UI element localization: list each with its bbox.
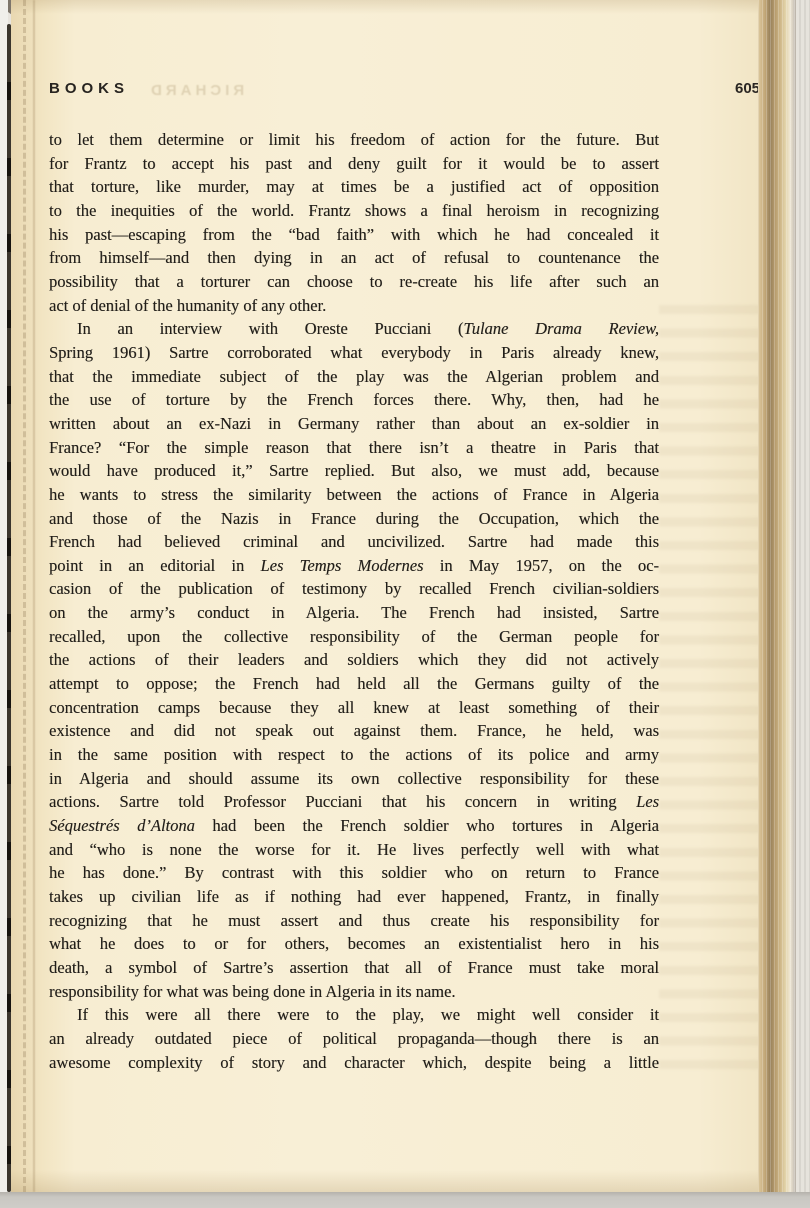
text-line: he has done.” By contrast with this sold… — [49, 861, 659, 885]
binding-crease — [33, 0, 35, 1192]
text-line: to let them determine or limit his freed… — [49, 128, 659, 152]
text-line: from himself—and then dying in an act of… — [49, 246, 659, 270]
page-header: BOOKS RICHARD 605 — [49, 80, 769, 102]
text-line: awesome complexity of story and characte… — [49, 1051, 659, 1075]
text-line: point in an editorial in Les Temps Moder… — [49, 554, 659, 578]
text-line: Séquestrés d’Altona had been the French … — [49, 814, 659, 838]
text-line: French had believed criminal and uncivil… — [49, 530, 659, 554]
text-line: to the inequities of the world. Frantz s… — [49, 199, 659, 223]
text-line: If this were all there were to the play,… — [49, 1003, 659, 1027]
page-number: 605 — [735, 80, 760, 97]
text-line: written about an ex-Nazi in Germany rath… — [49, 412, 659, 436]
text-line: Spring 1961) Sartre corroborated what ev… — [49, 341, 659, 365]
right-margin-showthrough — [659, 305, 767, 1070]
text-line: and those of the Nazis in France during … — [49, 507, 659, 531]
text-line: in Algeria and should assume its own col… — [49, 767, 659, 791]
text-line: on the army’s conduct in Algeria. The Fr… — [49, 601, 659, 625]
text-line: possibility that a torturer can choose t… — [49, 270, 659, 294]
text-line: the actions of their leaders and soldier… — [49, 648, 659, 672]
text-line: an already outdated piece of political p… — [49, 1027, 659, 1051]
text-line: for Frantz to accept his past and deny g… — [49, 152, 659, 176]
text-line: France? “For the simple reason that ther… — [49, 436, 659, 460]
text-line: would have produced it,” Sartre replied.… — [49, 459, 659, 483]
text-line: In an interview with Oreste Pucciani (Tu… — [49, 317, 659, 341]
text-line: act of denial of the humanity of any oth… — [49, 294, 659, 318]
book-page: BOOKS RICHARD 605 to let them determine … — [11, 0, 758, 1192]
showthrough-text: RICHARD — [147, 82, 244, 99]
text-line: in the same position with respect to the… — [49, 743, 659, 767]
text-line: existence and did not speak out against … — [49, 719, 659, 743]
text-block: to let them determine or limit his freed… — [49, 128, 659, 1074]
text-line: concentration camps because they all kne… — [49, 696, 659, 720]
text-line: responsibility for what was being done i… — [49, 980, 659, 1004]
text-line: and “who is none the worse for it. He li… — [49, 838, 659, 862]
binding-stitch-marks — [23, 0, 26, 1192]
text-line: the use of torture by the French forces … — [49, 388, 659, 412]
scan-right-margin — [796, 0, 810, 1208]
text-line: that torture, like murder, may at times … — [49, 175, 659, 199]
running-head-section: BOOKS — [49, 80, 129, 97]
scan-bottom-edge — [0, 1192, 810, 1208]
text-line: casion of the publication of testimony b… — [49, 577, 659, 601]
book-fore-edge-pages — [758, 0, 796, 1196]
text-line: takes up civilian life as if nothing had… — [49, 885, 659, 909]
text-line: that the immediate subject of the play w… — [49, 365, 659, 389]
text-line: death, a symbol of Sartre’s assertion th… — [49, 956, 659, 980]
text-line: he wants to stress the similarity betwee… — [49, 483, 659, 507]
text-line: recalled, upon the collective responsibi… — [49, 625, 659, 649]
text-line: actions. Sartre told Professor Pucciani … — [49, 790, 659, 814]
text-line: what he does to or for others, becomes a… — [49, 932, 659, 956]
text-line: his past—escaping from the “bad faith” w… — [49, 223, 659, 247]
text-line: recognizing that he must assert and thus… — [49, 909, 659, 933]
text-line: attempt to oppose; the French had held a… — [49, 672, 659, 696]
